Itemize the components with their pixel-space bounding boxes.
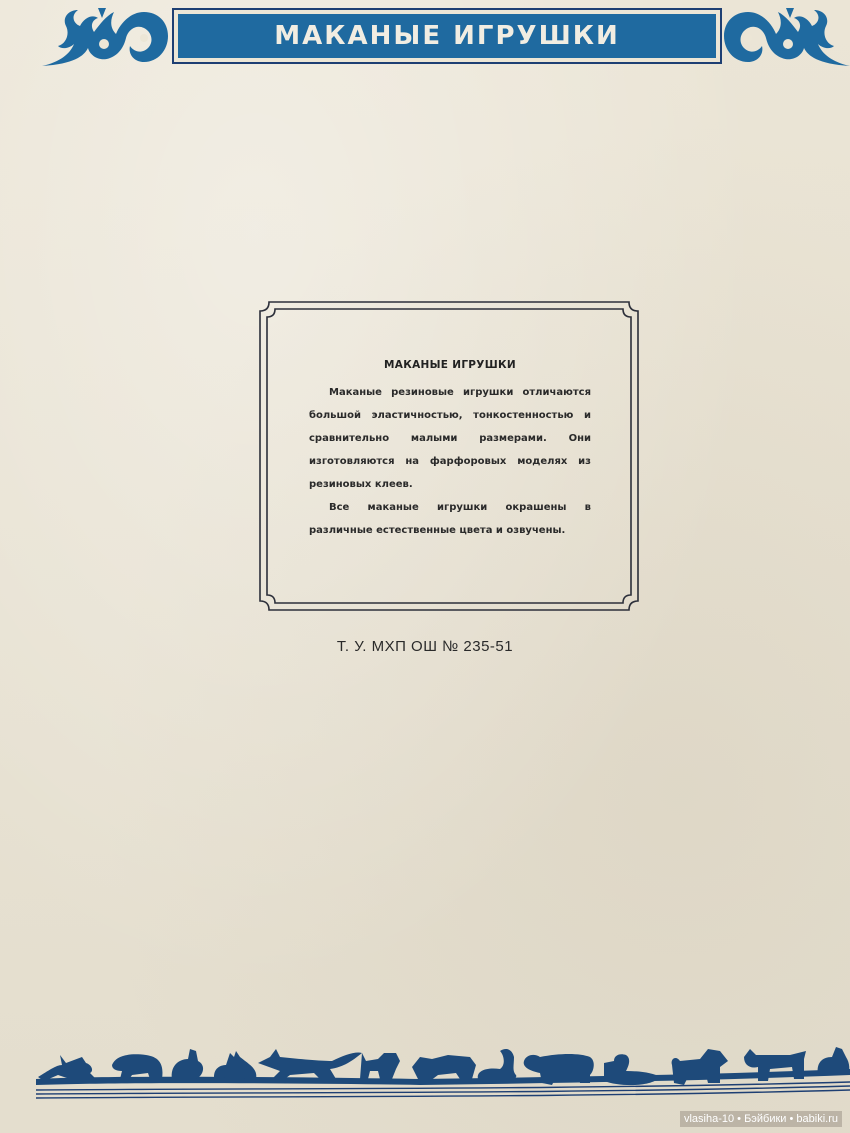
label-title: МАКАНЫЕ ИГРУШКИ: [309, 359, 591, 371]
label-paragraph: Маканые резиновые игрушки отличаются бол…: [309, 381, 591, 496]
squirrel-icon: [172, 1049, 203, 1079]
duck-icon: [604, 1054, 660, 1085]
product-label: МАКАНЫЕ ИГРУШКИ Маканые резиновые игрушк…: [259, 301, 639, 611]
rabbit-icon: [214, 1051, 256, 1079]
floral-ornament-left-icon: [40, 4, 170, 68]
technical-spec-code: Т. У. МХП ОШ № 235-51: [0, 638, 850, 655]
page-header: МАКАНЫЕ ИГРУШКИ: [0, 0, 850, 80]
header-banner: МАКАНЫЕ ИГРУШКИ: [172, 8, 722, 64]
hare-icon: [38, 1055, 96, 1081]
floral-ornament-right-icon: [722, 4, 850, 68]
fox-icon: [258, 1049, 362, 1081]
animal-silhouette-frieze: [0, 1035, 850, 1105]
swan-icon: [478, 1049, 517, 1081]
sitting-cat-icon: [818, 1047, 850, 1075]
dog-icon: [412, 1055, 476, 1081]
cat-icon: [360, 1053, 400, 1079]
header-title: МАКАНЫЕ ИГРУШКИ: [274, 21, 619, 51]
watermark: vlasiha-10 • Бэйбики • babiki.ru: [680, 1111, 842, 1127]
label-paragraph: Все маканые игрушки окрашены в различные…: [309, 496, 591, 542]
